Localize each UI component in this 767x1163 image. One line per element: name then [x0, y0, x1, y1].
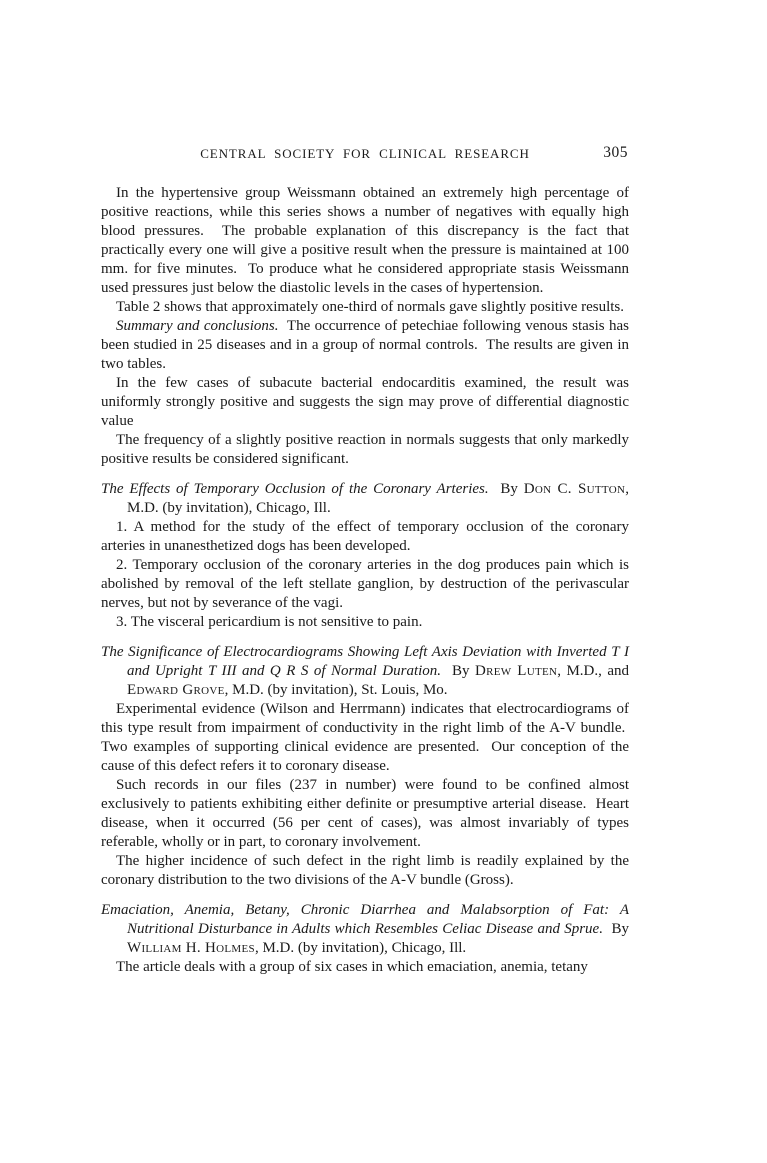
section-heading: The Effects of Temporary Occlusion of th… — [101, 480, 629, 518]
body-text: , M.D., and — [557, 663, 629, 679]
body-text: By — [441, 663, 475, 679]
body-text: , M.D. (by invitation), Chicago, Ill. — [255, 940, 466, 956]
text-column: CENTRAL SOCIETY FOR CLINICAL RESEARCH 30… — [101, 146, 629, 977]
body-text: The higher incidence of such defect in t… — [101, 853, 629, 888]
paragraph: Experimental evidence (Wilson and Herrma… — [101, 700, 629, 776]
author-name: Don C. Sutton — [524, 481, 626, 497]
paragraph: Summary and conclusions. The occurrence … — [101, 317, 629, 374]
body-text: , M.D. (by invitation), St. Louis, Mo. — [225, 682, 448, 698]
paragraph: 3. The visceral pericardium is not sensi… — [101, 613, 629, 632]
body-text: The frequency of a slightly positive rea… — [101, 432, 629, 467]
body-text: 1. A method for the study of the effect … — [101, 519, 629, 554]
body-text: 2. Temporary occlusion of the coronary a… — [101, 557, 629, 611]
body-text: Experimental evidence (Wilson and Herrma… — [101, 701, 629, 774]
paragraph: The higher incidence of such defect in t… — [101, 852, 629, 890]
section-heading: The Significance of Electrocardiograms S… — [101, 643, 629, 700]
italic-text: Summary and conclusions. — [116, 318, 278, 334]
paragraph: 1. A method for the study of the effect … — [101, 518, 629, 556]
paragraph: The article deals with a group of six ca… — [101, 958, 629, 977]
paragraph: Table 2 shows that approximately one-thi… — [101, 298, 629, 317]
body-text: By — [489, 481, 524, 497]
body-text: By — [603, 921, 629, 937]
document-page: CENTRAL SOCIETY FOR CLINICAL RESEARCH 30… — [0, 0, 767, 1163]
body-text: The article deals with a group of six ca… — [116, 959, 588, 975]
page-number: 305 — [603, 144, 628, 162]
italic-text: The Effects of Temporary Occlusion of th… — [101, 481, 489, 497]
paragraph: In the few cases of subacute bacterial e… — [101, 374, 629, 431]
body-text: 3. The visceral pericardium is not sensi… — [116, 614, 422, 630]
section-heading: Emaciation, Anemia, Betany, Chronic Diar… — [101, 901, 629, 958]
paragraph: 2. Temporary occlusion of the coronary a… — [101, 556, 629, 613]
page-content: In the hypertensive group Weissmann obta… — [101, 184, 629, 977]
body-text: In the hypertensive group Weissmann obta… — [101, 185, 629, 296]
body-text: In the few cases of subacute bacterial e… — [101, 375, 629, 429]
journal-header-title: CENTRAL SOCIETY FOR CLINICAL RESEARCH — [101, 146, 629, 162]
body-text: Such records in our files (237 in number… — [101, 777, 629, 850]
italic-text: Emaciation, Anemia, Betany, Chronic Diar… — [101, 902, 629, 937]
author-name: Edward Grove — [127, 682, 225, 698]
author-name: William H. Holmes — [127, 940, 255, 956]
author-name: Drew Luten — [475, 663, 557, 679]
paragraph: In the hypertensive group Weissmann obta… — [101, 184, 629, 298]
paragraph: The frequency of a slightly positive rea… — [101, 431, 629, 469]
paragraph: Such records in our files (237 in number… — [101, 776, 629, 852]
body-text: Table 2 shows that approximately one-thi… — [116, 299, 624, 315]
running-head: CENTRAL SOCIETY FOR CLINICAL RESEARCH 30… — [101, 146, 629, 163]
